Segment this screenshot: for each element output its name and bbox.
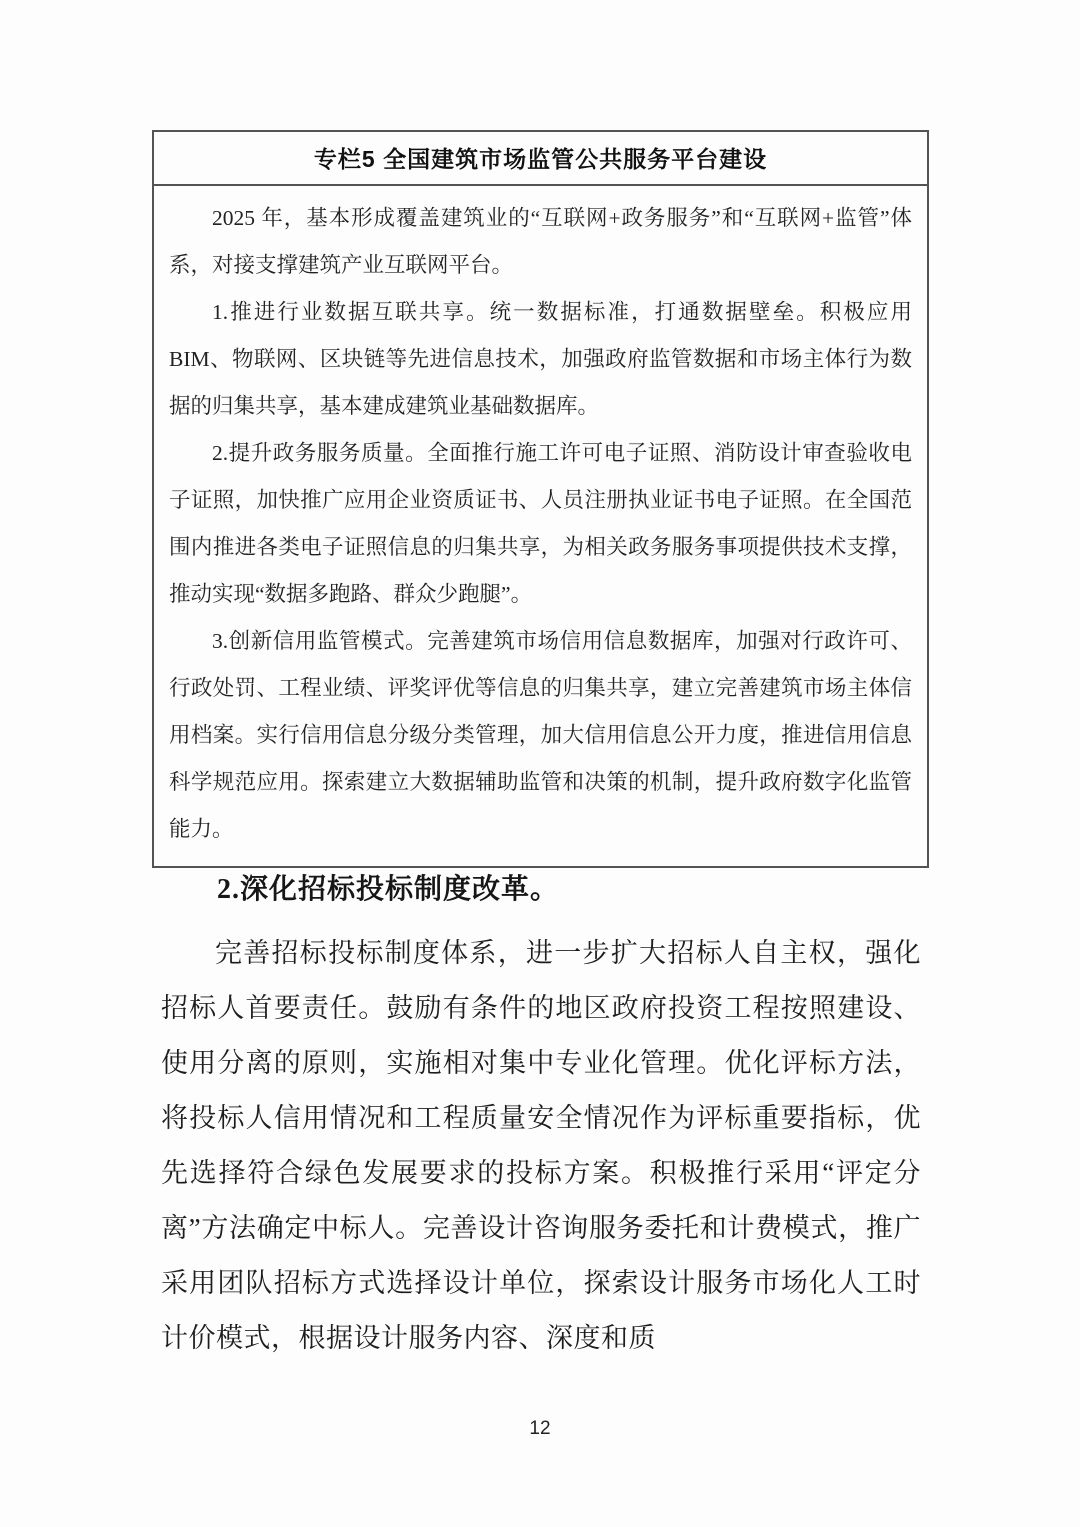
section-heading: 2.深化招标投标制度改革。 — [161, 862, 921, 917]
page-number: 12 — [529, 1418, 550, 1439]
column-box-body: 2025 年，基本形成覆盖建筑业的“互联网+政务服务”和“互联网+监管”体系，对… — [154, 186, 927, 866]
page-footer: 12 — [0, 1418, 1080, 1440]
box-paragraph-3: 3.创新信用监管模式。完善建筑市场信用信息数据库，加强对行政许可、行政处罚、工程… — [169, 618, 912, 853]
column-box-title: 专栏5 全国建筑市场监管公共服务平台建设 — [154, 132, 927, 186]
body-section: 2.深化招标投标制度改革。 完善招标投标制度体系，进一步扩大招标人自主权，强化招… — [161, 862, 921, 1366]
box-paragraph-2: 2.提升政务服务质量。全面推行施工许可电子证照、消防设计审查验收电子证照，加快推… — [169, 430, 912, 618]
box-paragraph-1: 1.推进行业数据互联共享。统一数据标准，打通数据壁垒。积极应用 BIM、物联网、… — [169, 289, 912, 430]
column-5-box: 专栏5 全国建筑市场监管公共服务平台建设 2025 年，基本形成覆盖建筑业的“互… — [152, 130, 929, 868]
box-paragraph-intro: 2025 年，基本形成覆盖建筑业的“互联网+政务服务”和“互联网+监管”体系，对… — [169, 195, 912, 289]
section-paragraph: 完善招标投标制度体系，进一步扩大招标人自主权，强化招标人首要责任。鼓励有条件的地… — [161, 926, 921, 1366]
document-page: 专栏5 全国建筑市场监管公共服务平台建设 2025 年，基本形成覆盖建筑业的“互… — [0, 0, 1080, 1527]
